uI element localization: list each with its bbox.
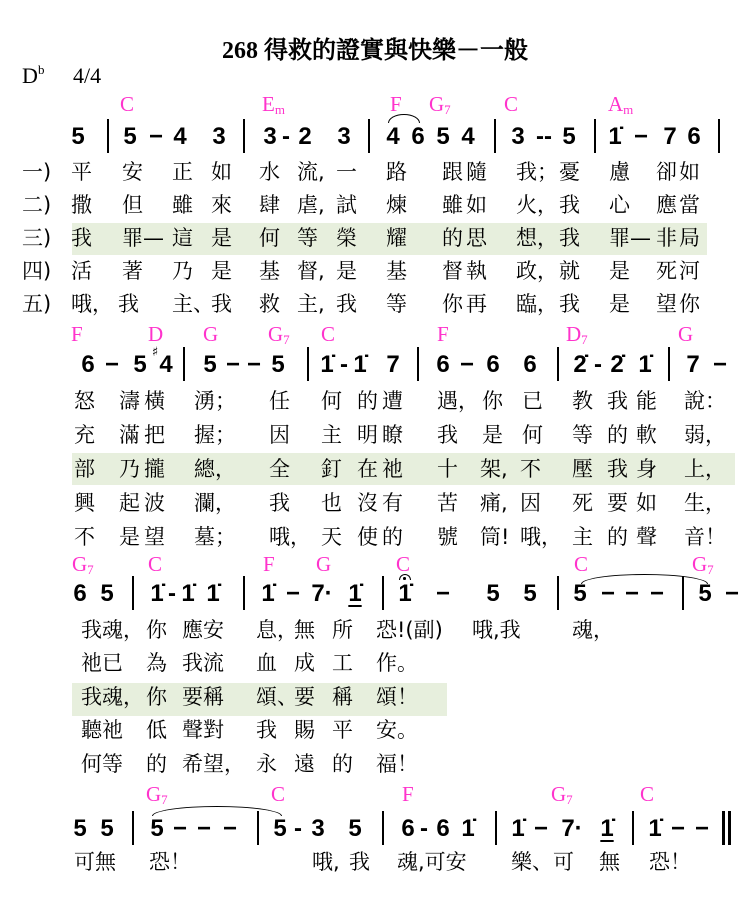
lyric: 遠 — [294, 752, 315, 776]
note-dash: − — [725, 582, 739, 606]
lyric: 教 — [572, 389, 593, 413]
lyric: 督 — [442, 259, 463, 283]
note: 2̇ — [610, 353, 623, 377]
note-dash: − — [534, 817, 548, 841]
note-dash: − — [695, 817, 709, 841]
bar-line — [557, 347, 559, 381]
chord-quality: 7 — [87, 562, 94, 577]
note: 5 — [100, 817, 113, 841]
note-dash: − — [671, 817, 685, 841]
chord-symbol: G7 — [72, 553, 94, 578]
note: 5 — [523, 582, 536, 606]
lyric: 天 — [321, 525, 342, 549]
lyric: 濤 — [119, 389, 140, 413]
lyric: 是 — [609, 259, 630, 283]
lyric: 任 — [269, 389, 290, 413]
chord-root: F — [437, 322, 449, 346]
chord-root: D — [148, 322, 163, 346]
chord-symbol: F — [437, 323, 449, 348]
lyric-line-verse-5: 何等 的 希望， 永 遠 的 福！ — [0, 752, 756, 776]
lyric-line-verse-3: 部 乃 攏 總， 全 釘 在 祂 十 架, 不 壓 我 身 上， — [0, 457, 756, 481]
verse-label: 四) — [22, 259, 51, 283]
note-dash: − — [105, 353, 119, 377]
lyric: 來 — [211, 193, 232, 217]
lyric: 也 — [321, 491, 342, 515]
chord-root: C — [148, 552, 162, 576]
lyric: 我 — [118, 292, 139, 316]
lyric: 如 — [466, 193, 487, 217]
lyric: 能 — [636, 389, 657, 413]
lyric: 耀 — [386, 226, 407, 250]
lyric: 這 — [172, 226, 193, 250]
note: 3 — [212, 125, 225, 149]
lyric: 如 — [211, 160, 232, 184]
bar-line — [495, 811, 497, 845]
note: 3 — [263, 125, 276, 149]
verse-label: 一) — [22, 160, 51, 184]
lyric: 祂 — [382, 457, 403, 481]
lyric: 安 — [122, 160, 143, 184]
chord-quality: 7 — [161, 792, 168, 807]
note: 1̇ — [320, 353, 333, 377]
lyric: 遇， — [437, 389, 479, 413]
note: 1̇ — [261, 582, 274, 606]
note: 5 — [562, 125, 575, 149]
chord-root: F — [402, 782, 414, 806]
lyric: 不 — [74, 525, 95, 549]
chord-quality: 7 — [707, 562, 714, 577]
lyric: 哦， — [269, 525, 311, 549]
lyric: 哦,我 — [472, 618, 521, 642]
lyric: 賜 — [294, 718, 315, 742]
lyric-line-verse-2: 二) 撒 但 雖 來 肆 虐, 試 煉 雖 如 火， 我 心 應 當 — [0, 193, 756, 217]
chord-symbol: G — [203, 323, 218, 348]
note: 4 — [386, 125, 399, 149]
lyric: 不 — [520, 457, 541, 481]
lyric: 你 — [146, 685, 167, 709]
note: 6 — [81, 353, 94, 377]
lyric: 聲對 — [182, 718, 224, 742]
lyric: 的 — [146, 752, 167, 776]
lyric: 死 — [656, 259, 677, 283]
chord-symbol: C — [321, 323, 335, 348]
bar-line — [594, 119, 596, 153]
lyric: 是 — [609, 292, 630, 316]
lyric: 樂、可 — [511, 850, 574, 874]
lyric: 一 — [336, 160, 357, 184]
tie-arc — [152, 806, 282, 816]
chord-symbol: G7 — [692, 553, 714, 578]
bar-line — [417, 347, 419, 381]
lyric: 基 — [259, 259, 280, 283]
lyric: 已 — [522, 389, 543, 413]
lyric: 橫 — [144, 389, 165, 413]
lyric: 部 — [74, 457, 95, 481]
chord-symbol: C — [271, 783, 285, 808]
lyric-line-verse-1: 怒 濤 橫 湧； 任 何 的 遭 遇， 你 已 教 我 能 說： — [0, 389, 756, 413]
lyric: 雖 — [442, 193, 463, 217]
chord-quality: 7 — [566, 792, 573, 807]
note: 1̇ — [461, 817, 474, 841]
chord-symbol: Am — [608, 93, 633, 118]
lyric-line-verse-5: 不 是 望 墓； 哦， 天 使 的 號 筒! 哦， 主 的 聲 音！ — [0, 525, 756, 549]
note-dash: − — [149, 125, 163, 149]
lyric: 等 — [297, 226, 318, 250]
lyric: 我 — [211, 292, 232, 316]
note-dash: − — [601, 582, 615, 606]
lyric: 肆 — [259, 193, 280, 217]
note: 2̇ — [573, 353, 586, 377]
lyric: 無 — [294, 618, 315, 642]
lyric: 何 — [259, 226, 280, 250]
lyric-line-verse-3: 三) 我 罪— 這 是 何 等 榮 耀 的 思 想， 我 罪— 非 局 — [0, 226, 756, 250]
chord-row: C Em F G7 C Am — [0, 93, 756, 117]
lyric-line-verse-5: 五) 哦， 我 主、 我 救 主, 我 等 你 再 臨， 我 是 望 你 — [0, 292, 756, 316]
lyric: 握； — [194, 423, 236, 447]
note-dash: - — [294, 817, 302, 841]
lyric: 頌、 — [256, 685, 298, 709]
chord-quality: 7 — [581, 332, 588, 347]
note: 2 — [298, 125, 311, 149]
lyric: 哦， — [71, 292, 113, 316]
chord-symbol: C — [148, 553, 162, 578]
lyric: 壓 — [572, 457, 593, 481]
bar-line — [682, 576, 684, 610]
note: 4 — [173, 125, 186, 149]
note: 6 — [401, 817, 414, 841]
note: 5 — [273, 817, 286, 841]
lyric: 架, — [480, 457, 508, 481]
notation-row: 6 5 1̇ - 1̇ 1̇ 1̇ − 7· 1̇ 1̇ − 5 5 5 − −… — [0, 582, 756, 606]
lyric: 瀾， — [194, 491, 236, 515]
lyric: 應 — [656, 193, 677, 217]
note-dash: − — [247, 353, 261, 377]
note: 7 — [686, 353, 699, 377]
lyric: 沒 — [357, 491, 378, 515]
chord-root: G — [268, 322, 283, 346]
lyric: 身 — [636, 457, 657, 481]
lyric: 如 — [636, 491, 657, 515]
lyric: 頌！ — [376, 685, 418, 709]
note: 6 — [73, 582, 86, 606]
lyric: 興 — [74, 491, 95, 515]
lyric: 等 — [572, 423, 593, 447]
note: 5 — [123, 125, 136, 149]
bar-line — [382, 576, 384, 610]
lyric: 號 — [437, 525, 458, 549]
lyric: 何 — [522, 423, 543, 447]
chord-symbol: C — [640, 783, 654, 808]
lyric: 試 — [336, 193, 357, 217]
lyric: 但 — [122, 193, 143, 217]
lyric: 再 — [466, 292, 487, 316]
note: 1̇ — [206, 582, 219, 606]
lyric: 你 — [679, 292, 700, 316]
lyric-line-verse-2: 充 滿 把 握； 因 主 明 瞭 我 是 何 等 的 軟 弱， — [0, 423, 756, 447]
lyric: 哦, — [312, 850, 340, 874]
lyric: 著 — [122, 259, 143, 283]
lyric: 永 — [256, 752, 277, 776]
lyric: 血 — [256, 651, 277, 675]
lyric-line-verse-1: 一) 平 安 正 如 水 流, 一 路 跟 隨 我； 憂 慮 卻 如 — [0, 160, 756, 184]
chord-quality: 7 — [283, 332, 290, 347]
note: 5 — [73, 817, 86, 841]
lyric: 的 — [607, 423, 628, 447]
chord-symbol: Em — [262, 93, 285, 118]
lyric: 為 — [146, 651, 167, 675]
lyric: 督, — [297, 259, 325, 283]
lyric: 我 — [71, 226, 92, 250]
lyric: 福！ — [376, 752, 418, 776]
note: 1̇ — [398, 582, 411, 606]
chord-root: C — [640, 782, 654, 806]
chord-symbol: C — [574, 553, 588, 578]
chord-root: G — [316, 552, 331, 576]
lyric: 要 — [294, 685, 315, 709]
bar-line — [132, 576, 134, 610]
chord-root: C — [271, 782, 285, 806]
lyric: 我 — [336, 292, 357, 316]
lyric: 的 — [357, 389, 378, 413]
lyric: 充 — [74, 423, 95, 447]
lyric: 主、 — [172, 292, 214, 316]
note: 7 — [663, 125, 676, 149]
bar-line — [382, 811, 384, 845]
bar-line — [668, 347, 670, 381]
note-dash: - — [168, 582, 176, 606]
bar-line — [257, 811, 259, 845]
note-dash: − — [634, 125, 648, 149]
lyric: 活 — [71, 259, 92, 283]
chord-root: G — [72, 552, 87, 576]
lyric: 魂， — [572, 618, 614, 642]
lyric: 稱 — [332, 685, 353, 709]
chord-symbol: F — [263, 553, 275, 578]
note-dash: − — [286, 582, 300, 606]
lyric: 基 — [386, 259, 407, 283]
lyric: 主 — [572, 525, 593, 549]
lyric: 非 — [656, 226, 677, 250]
chord-symbol: D7 — [566, 323, 588, 348]
lyric: 全 — [269, 457, 290, 481]
lyric: 所 — [332, 618, 353, 642]
lyric: 雖 — [172, 193, 193, 217]
lyric: 釘 — [321, 457, 342, 481]
lyric: 在 — [357, 457, 378, 481]
lyric: 我 — [607, 389, 628, 413]
lyric: 瞭 — [382, 423, 403, 447]
bar-line — [243, 119, 245, 153]
lyric-line-verse-4: 四) 活 著 乃 是 基 督, 是 基 督 執 政， 就 是 死 河 — [0, 259, 756, 283]
lyric: 河 — [679, 259, 700, 283]
lyric: 我流 — [182, 651, 224, 675]
lyric: 我魂， — [81, 618, 144, 642]
lyric: 路 — [386, 160, 407, 184]
lyric: 正 — [172, 160, 193, 184]
note: 5 — [573, 582, 586, 606]
lyric: 何 — [321, 389, 342, 413]
lyric: 你 — [482, 389, 503, 413]
note: 6 — [486, 353, 499, 377]
lyric: 流, — [297, 160, 325, 184]
lyric-line-verse-1: 我魂， 你 應安 息， 無 所 恐!(副) 哦,我 魂， — [0, 618, 756, 642]
chord-symbol: G7 — [146, 783, 168, 808]
lyric: 臨， — [516, 292, 558, 316]
lyric: 是 — [336, 259, 357, 283]
chord-root: C — [321, 322, 335, 346]
lyric: 的 — [442, 226, 463, 250]
lyric: 望 — [656, 292, 677, 316]
lyric: 就 — [559, 259, 580, 283]
lyric: 聽祂 — [81, 718, 123, 742]
lyric: 因 — [269, 423, 290, 447]
lyric: 我 — [349, 850, 370, 874]
lyric: 你 — [146, 618, 167, 642]
chord-symbol: G7 — [551, 783, 573, 808]
lyric: 希望， — [182, 752, 245, 776]
note: 5 — [271, 353, 284, 377]
lyric: 可無 — [74, 850, 116, 874]
note: 1̇ — [181, 582, 194, 606]
lyric: 安。 — [376, 718, 418, 742]
lyric: 魂,可安 — [397, 850, 467, 874]
lyric: 慮 — [609, 160, 630, 184]
lyric: 是 — [119, 525, 140, 549]
flat-accidental: b — [38, 58, 45, 82]
lyric-line-verse-3: 我魂， 你 要稱 頌、 要 稱 頌！ — [0, 685, 756, 709]
lyric: 的 — [332, 752, 353, 776]
chord-symbol: F — [71, 323, 83, 348]
lyric: 我 — [559, 193, 580, 217]
note-dash: − — [460, 353, 474, 377]
note: 5 — [698, 582, 711, 606]
note: 3 — [311, 817, 324, 841]
note: 6 — [436, 817, 449, 841]
note: 1̇ — [511, 817, 524, 841]
note-dash: − — [650, 582, 664, 606]
lyric: 音！ — [684, 525, 726, 549]
lyric: 有 — [382, 491, 403, 515]
chord-root: F — [71, 322, 83, 346]
lyric: 生， — [684, 491, 726, 515]
hymn-title: 268 得救的證實與快樂－一般 — [222, 37, 528, 65]
chord-root: F — [390, 92, 402, 116]
lyric-line-verse-4: 聽祂 低 聲對 我 賜 平 安。 — [0, 718, 756, 742]
lyric: 思 — [466, 226, 487, 250]
note: 1̇ — [638, 353, 651, 377]
lyric: 起 — [119, 491, 140, 515]
lyric: 平 — [332, 718, 353, 742]
chord-quality: 7 — [444, 102, 451, 117]
lyric: 如 — [679, 160, 700, 184]
lyric: 聲 — [636, 525, 657, 549]
lyric: 把 — [144, 423, 165, 447]
note-dash: -- — [536, 125, 552, 149]
lyric: 遭 — [382, 389, 403, 413]
note: 6 — [523, 353, 536, 377]
lyric: 恐!(副) — [376, 618, 443, 642]
lyric: 心 — [609, 193, 630, 217]
lyric: 你 — [442, 292, 463, 316]
bar-line — [243, 576, 245, 610]
notation-row: 6 − 5 ♯ 4 5 − − 5 1̇ - 1̇ 7 6 − 6 6 2̇ -… — [0, 353, 756, 377]
lyric: 我魂， — [81, 685, 144, 709]
chord-root: G — [678, 322, 693, 346]
lyric: 墓； — [194, 525, 236, 549]
chord-root: E — [262, 92, 275, 116]
lyric: 我 — [559, 292, 580, 316]
lyric: 總， — [194, 457, 236, 481]
chord-row: F D G G7 C F D7 G — [0, 323, 756, 347]
lyric-line-verse-2: 祂已 為 我流 血 成 工 作。 — [0, 651, 756, 675]
chord-root: G — [429, 92, 444, 116]
lyric: 的 — [382, 525, 403, 549]
lyric: 政， — [516, 259, 558, 283]
note-dash: − — [223, 817, 237, 841]
bar-line — [107, 119, 109, 153]
note-dash: - — [420, 817, 428, 841]
chord-root: G — [692, 552, 707, 576]
note-dash: - — [594, 353, 602, 377]
lyric: 使 — [357, 525, 378, 549]
lyric: 何等 — [81, 752, 123, 776]
key-signature: Db4/4 — [22, 64, 38, 88]
lyric: 痛, — [480, 491, 508, 515]
time-signature: 4/4 — [73, 64, 101, 88]
lyric: 波 — [144, 491, 165, 515]
lyric: 等 — [386, 292, 407, 316]
lyric: 是 — [211, 259, 232, 283]
note-dash: − — [436, 582, 450, 606]
note: 5 — [133, 353, 146, 377]
lyric: 局 — [679, 226, 700, 250]
note: 6 — [411, 125, 424, 149]
bar-line — [494, 119, 496, 153]
lyric: 跟 — [442, 160, 463, 184]
lyric: 救 — [259, 292, 280, 316]
note-dash: − — [226, 353, 240, 377]
note: 6 — [687, 125, 700, 149]
lyric: 息， — [256, 618, 298, 642]
lyric: 苦 — [437, 491, 458, 515]
lyric: 怒 — [74, 389, 95, 413]
lyric: 主, — [297, 292, 325, 316]
verse-label: 五) — [22, 292, 51, 316]
note: 5 — [203, 353, 216, 377]
notation-row: 5 5 5 − − − 5 - 3 5 6 - 6 1̇ 1̇ − 7· 1̇ … — [0, 817, 756, 841]
note-dash: − — [173, 817, 187, 841]
chord-symbol: G7 — [268, 323, 290, 348]
note: 1̇ — [648, 817, 661, 841]
note-dash: − — [625, 582, 639, 606]
note: 1̇ — [353, 353, 366, 377]
lyric: 明 — [357, 423, 378, 447]
note-dash: − — [713, 353, 727, 377]
lyric: 罪— — [122, 226, 164, 250]
lyric: 榮 — [336, 226, 357, 250]
lyric: 我 — [256, 718, 277, 742]
bar-line — [132, 811, 134, 845]
lyric: 卻 — [656, 160, 677, 184]
lyric: 是 — [482, 423, 503, 447]
lyric: 說： — [684, 389, 726, 413]
bar-line — [718, 119, 720, 153]
chord-root: C — [120, 92, 134, 116]
chord-root: D — [566, 322, 581, 346]
hymn-sheet: 268 得救的證實與快樂－一般 Db4/4 C Em F G7 C Am 5 5… — [0, 0, 756, 918]
chord-root: G — [146, 782, 161, 806]
lyric: 罪— — [609, 226, 651, 250]
